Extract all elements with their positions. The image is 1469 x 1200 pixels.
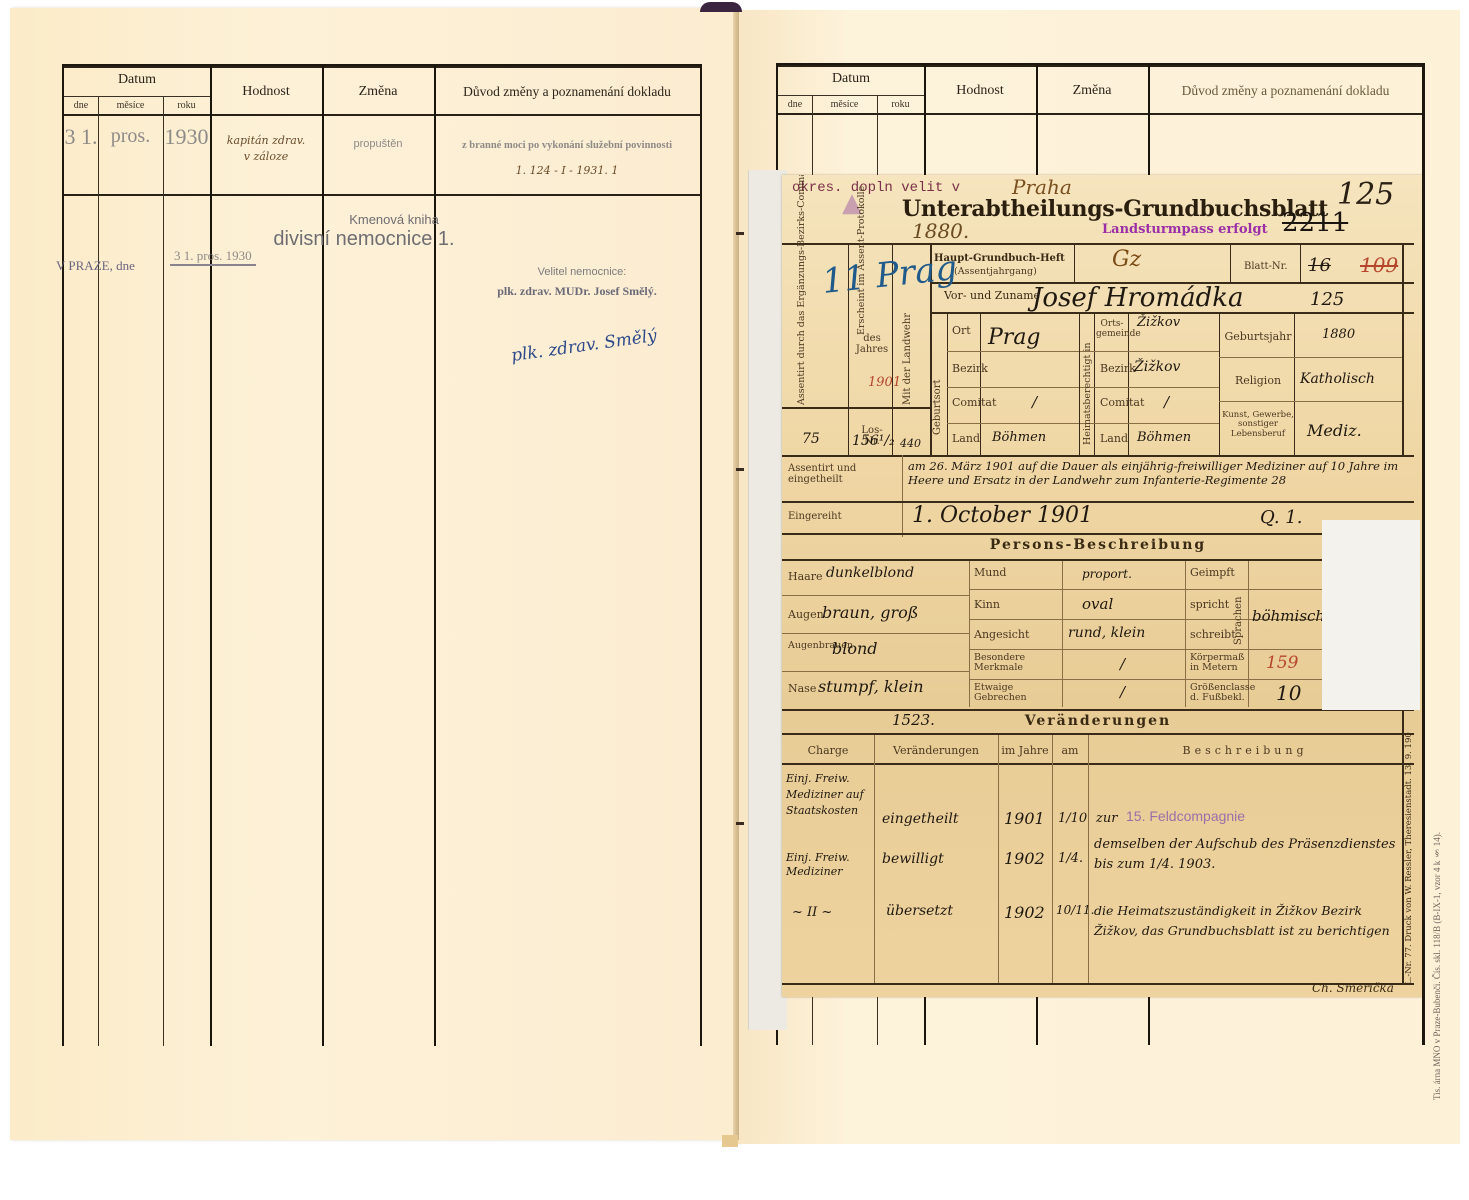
card-number-top: 125 <box>1337 177 1394 212</box>
assentjahrgang-label: (Assentjahrgang) <box>954 267 1037 277</box>
tape-strip-right <box>1322 520 1420 710</box>
heimat-bezirk-value: Žižkov <box>1134 359 1180 375</box>
gebrechen-value: / <box>1120 683 1125 701</box>
augenbrauen-label: Augenbrauen <box>788 641 822 651</box>
row3-beschreibung: die Heimatszuständigkeit in Žižkov Bezir… <box>1094 901 1399 941</box>
geburt-land-value: Böhmen <box>992 430 1046 445</box>
stamp-divisni-nemocnice: divisní nemocnice 1. <box>214 228 514 251</box>
heimat-land-value: Böhmen <box>1137 430 1191 445</box>
nase-value: stumpf, klein <box>818 677 924 696</box>
eingereiht-label: Eingereiht <box>788 511 842 522</box>
row3-am: 10/11. <box>1056 903 1094 917</box>
haare-value: dunkelblond <box>826 565 914 581</box>
binding-stitch <box>736 822 744 825</box>
merkmale-value: / <box>1120 655 1125 673</box>
geburt-land-label: Land <box>952 433 980 445</box>
row1-am: 1/10 <box>1058 811 1087 826</box>
header-roku: roku <box>163 100 210 111</box>
name-value: Josef Hromádka <box>1032 283 1244 313</box>
geimpft-label: Geimpft <box>1190 567 1235 579</box>
blatt-value-struck: 16 <box>1308 255 1331 276</box>
row1-charge: Einj. Freiw. Mediziner auf Staatskosten <box>786 771 874 819</box>
kinn-label: Kinn <box>974 599 1000 611</box>
hauptgrundbuch-label: Haupt-Grundbuch-Heft <box>934 253 1065 264</box>
beruf-value: Mediz. <box>1307 421 1362 440</box>
row3-veraenderung: übersetzt <box>886 903 953 919</box>
row3-jahr: 1902 <box>1004 903 1045 922</box>
header-mesice: měsíce <box>812 99 877 110</box>
commander-title: Velitel nemocnice: <box>464 266 700 278</box>
book-spine <box>733 5 739 1140</box>
angesicht-value: rund, klein <box>1068 625 1145 641</box>
assentirt-eingetheilt-label: Assentirt und eingetheilt <box>788 463 898 485</box>
heimat-bezirk-label: Bezirk <box>1100 363 1136 375</box>
col-beschreibung: Beschreibung <box>1088 745 1402 757</box>
merkmale-label: Besondere Merkmale <box>974 653 1060 674</box>
header-zmena: Změna <box>1036 83 1148 99</box>
kinn-value: oval <box>1082 595 1113 613</box>
heimat-gemeinde-value: Žižkov <box>1137 315 1180 330</box>
assentirt-eingetheilt-value: am 26. März 1901 auf die Dauer als einjä… <box>908 459 1408 487</box>
hauptgrundbuch-value: Gz <box>1112 247 1141 272</box>
feldcompagnie-stamp: 15. Feldcompagnie <box>1126 809 1245 824</box>
geburt-ort-label: Ort <box>952 325 971 337</box>
row2-veraenderung: bewilligt <box>882 851 944 867</box>
augenbrauen-value: blond <box>832 639 878 658</box>
gebrechen-label: Etwaige Gebrechen <box>974 683 1060 704</box>
landwehr-label: Mit der Landwehr <box>902 285 913 405</box>
row2-jahr: 1902 <box>1004 849 1045 868</box>
angesicht-label: Angesicht <box>974 629 1029 641</box>
koerpermass-label: Körpermaß in Metern <box>1190 653 1248 674</box>
assentirt-label: Assentirt durch das Ergänzungs-Bezirks-C… <box>796 255 807 405</box>
geburt-ort-value: Prag <box>988 325 1041 350</box>
entry-dne: 3 1. <box>64 124 98 150</box>
mund-value: proport. <box>1082 567 1132 581</box>
left-ledger-table: Datum dne měsíce roku Hodnost Změna Důvo… <box>62 64 702 1046</box>
header-hodnost: Hodnost <box>924 83 1036 99</box>
heimat-comitat-value: / <box>1164 393 1169 411</box>
augen-label: Augen <box>788 609 824 621</box>
heimat-label: Heimatsberechtigt in <box>1082 325 1093 445</box>
nase-label: Nase <box>788 683 816 695</box>
entry-mesice: pros. <box>98 125 163 148</box>
row1-jahr: 1901 <box>1004 809 1045 828</box>
col-veraenderungen: Veränderungen <box>874 745 998 757</box>
spricht-label: spricht <box>1190 599 1229 611</box>
entry-hodnost-line2: v záloze <box>210 150 322 163</box>
binding-stitch <box>736 232 744 235</box>
geburt-comitat-label: Comitat <box>952 397 996 409</box>
groessenclasse-value: 10 <box>1276 681 1301 705</box>
sprachen-value: böhmisch <box>1252 607 1325 625</box>
commander-signature: plk. zdrav. Smělý <box>484 322 685 370</box>
card-number-struck: 2211 <box>1282 209 1348 238</box>
commander-name: plk. zdrav. MUDr. Josef Smělý. <box>454 284 700 299</box>
entry-reference: 1. 124 - I - 1931. 1 <box>434 164 700 177</box>
row2-beschreibung: demselben der Aufschub des Präsenzdienst… <box>1094 835 1399 875</box>
des-jahres-value: 1901 <box>868 375 901 390</box>
row1-veraenderung: eingetheilt <box>882 811 959 827</box>
geburtsjahr-label: Geburtsjahr <box>1222 331 1294 343</box>
header-datum: Datum <box>778 71 924 87</box>
heimat-comitat-label: Comitat <box>1100 397 1144 409</box>
card-header-stamp: okres. dopln velit v <box>792 181 960 196</box>
binding-stitch <box>736 468 744 471</box>
blatt-value-red: 109 <box>1360 253 1398 277</box>
geburt-comitat-value: / <box>1032 393 1037 411</box>
groessenclasse-label: Größenclasse d. Fußbekl. <box>1190 683 1248 704</box>
number-75: 75 <box>802 431 820 447</box>
header-duvod: Důvod změny a poznamenání dokladu <box>1148 83 1423 99</box>
eingereiht-value: 1. October 1901 <box>912 503 1093 528</box>
sprachen-label: Sprachen <box>1233 593 1244 645</box>
heimat-land-label: Land <box>1100 433 1128 445</box>
row1-zur: zur <box>1096 811 1117 826</box>
header-dne: dne <box>778 99 812 110</box>
row2-charge: Einj. Freiw. Mediziner <box>786 851 874 879</box>
card-year: 1880. <box>912 219 969 243</box>
veraenderungen-title: Veränderungen <box>782 714 1414 729</box>
row3-charge: ~ II ~ <box>792 905 832 920</box>
augen-value: braun, groß <box>822 603 918 622</box>
religion-label: Religion <box>1222 375 1294 387</box>
binding-tab <box>722 1135 738 1147</box>
printer-note: Tis. árna MNO v Praze-Bubenči. Čís. skl.… <box>1432 700 1442 1100</box>
entry-duvod: z branné moci po vykonání služební povin… <box>434 140 700 151</box>
col-charge: Charge <box>782 745 874 757</box>
geburtsjahr-value: 1880 <box>1322 327 1355 342</box>
losnr-value: 156¹/₂ <box>852 433 895 449</box>
personsbeschreibung-title: Persons-Beschreibung <box>782 538 1414 553</box>
header-datum: Datum <box>64 72 210 88</box>
heimat-gemeinde-label: Orts-gemeinde <box>1096 320 1128 340</box>
header-roku: roku <box>877 99 924 110</box>
blatt-label: Blatt-Nr. <box>1244 261 1288 272</box>
geburtsort-label: Geburtsort <box>932 335 943 435</box>
binding-ribbon <box>700 2 742 12</box>
row2-am: 1/4. <box>1058 851 1083 866</box>
religion-value: Katholisch <box>1300 371 1375 387</box>
koerpermass-value: 159 <box>1266 653 1298 673</box>
header-duvod: Důvod změny a poznamenání dokladu <box>434 84 700 100</box>
col-am: am <box>1052 745 1088 757</box>
col-jahr: im Jahre <box>998 745 1052 757</box>
stamp-date: 3 1. pros. 1930 <box>170 248 256 266</box>
eingereiht-note: Q. 1. <box>1260 507 1302 528</box>
name-number: 125 <box>1310 289 1344 310</box>
header-dne: dne <box>64 100 98 111</box>
mund-label: Mund <box>974 567 1006 579</box>
des-jahres-label: des Jahres <box>854 333 890 355</box>
entry-roku: 1930 <box>163 124 210 150</box>
header-zmena: Změna <box>322 84 434 100</box>
geburt-bezirk-label: Bezirk <box>952 363 988 375</box>
card-title: Unterabtheilungs-Grundbuchsblatt <box>902 197 1328 221</box>
beruf-label: Kunst, Gewerbe, sonstiger Lebensberuf <box>1222 411 1294 439</box>
stamp-kmenova-kniha: Kmenová kniha <box>294 212 494 227</box>
landsturmpass-stamp: Landsturmpass erfolgt <box>1102 223 1268 237</box>
stamp-place-label: V PRAZE, dne <box>56 258 135 274</box>
entry-zmena: propuštěn <box>322 138 434 150</box>
entry-hodnost-line1: kapitán zdrav. <box>210 134 322 147</box>
card-printer-note: L.-Nr. 77. Druck von W. Ressler, Theresi… <box>1404 715 1414 985</box>
schreibt-label: schreibt <box>1190 629 1236 641</box>
header-mesice: měsíce <box>98 100 163 111</box>
header-hodnost: Hodnost <box>210 84 322 100</box>
footer-signature: Ch. Smerička <box>1312 981 1394 995</box>
name-label: Vor- und Zuname <box>944 290 1040 302</box>
haare-label: Haare <box>788 571 822 583</box>
number-440: 440 <box>900 437 921 450</box>
